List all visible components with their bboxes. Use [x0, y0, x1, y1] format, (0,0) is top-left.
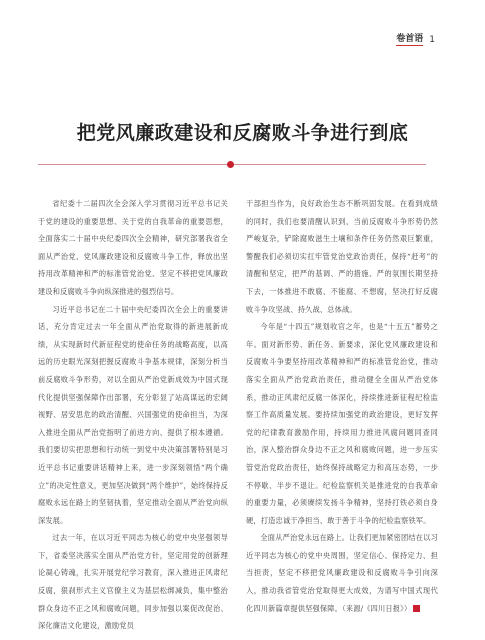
paragraph: 省纪委十二届四次全会深入学习贯彻习近平总书记关于党的建设的重要思想、关于党的自我…: [38, 195, 228, 301]
running-header: 卷首语 1: [396, 34, 435, 46]
paragraph: 今年是“十四五”规划收官之年，也是“十五五”蓄势之年。面对新形势、新任务、新要求…: [246, 318, 438, 529]
divider-dot-icon: [227, 161, 234, 168]
paragraph: 干部担当作为，良好政治生态不断巩固发展。在看到成绩的同时，我们也要清醒认识到，当…: [246, 195, 438, 318]
paragraph-final: 全面从严治党永远在路上。让我们更加紧密团结在以习近平同志为核心的党中央周围，坚定…: [246, 529, 438, 617]
paragraph-text: 全面从严治党永远在路上。让我们更加紧密团结在以习近平同志为核心的党中央周围，坚定…: [246, 533, 438, 612]
article-column-right: 干部担当作为，良好政治生态不断巩固发展。在看到成绩的同时，我们也要清醒认识到，当…: [246, 195, 438, 617]
article-title: 把党风廉政建设和反腐败斗争进行到底: [0, 118, 485, 145]
paragraph: 过去一年，在以习近平同志为核心的党中央坚强领导下，省委坚决落实全面从严治党方针，…: [38, 529, 228, 635]
page-number: 1: [429, 35, 435, 45]
title-divider: [38, 164, 426, 165]
section-label: 卷首语: [396, 34, 423, 46]
end-mark-icon: [413, 605, 420, 612]
article-column-left: 省纪委十二届四次全会深入学习贯彻习近平总书记关于党的建设的重要思想、关于党的自我…: [38, 195, 228, 635]
paragraph: 习近平总书记在二十届中央纪委四次全会上的重要讲话，充分肯定过去一年全面从严治党取…: [38, 301, 228, 530]
